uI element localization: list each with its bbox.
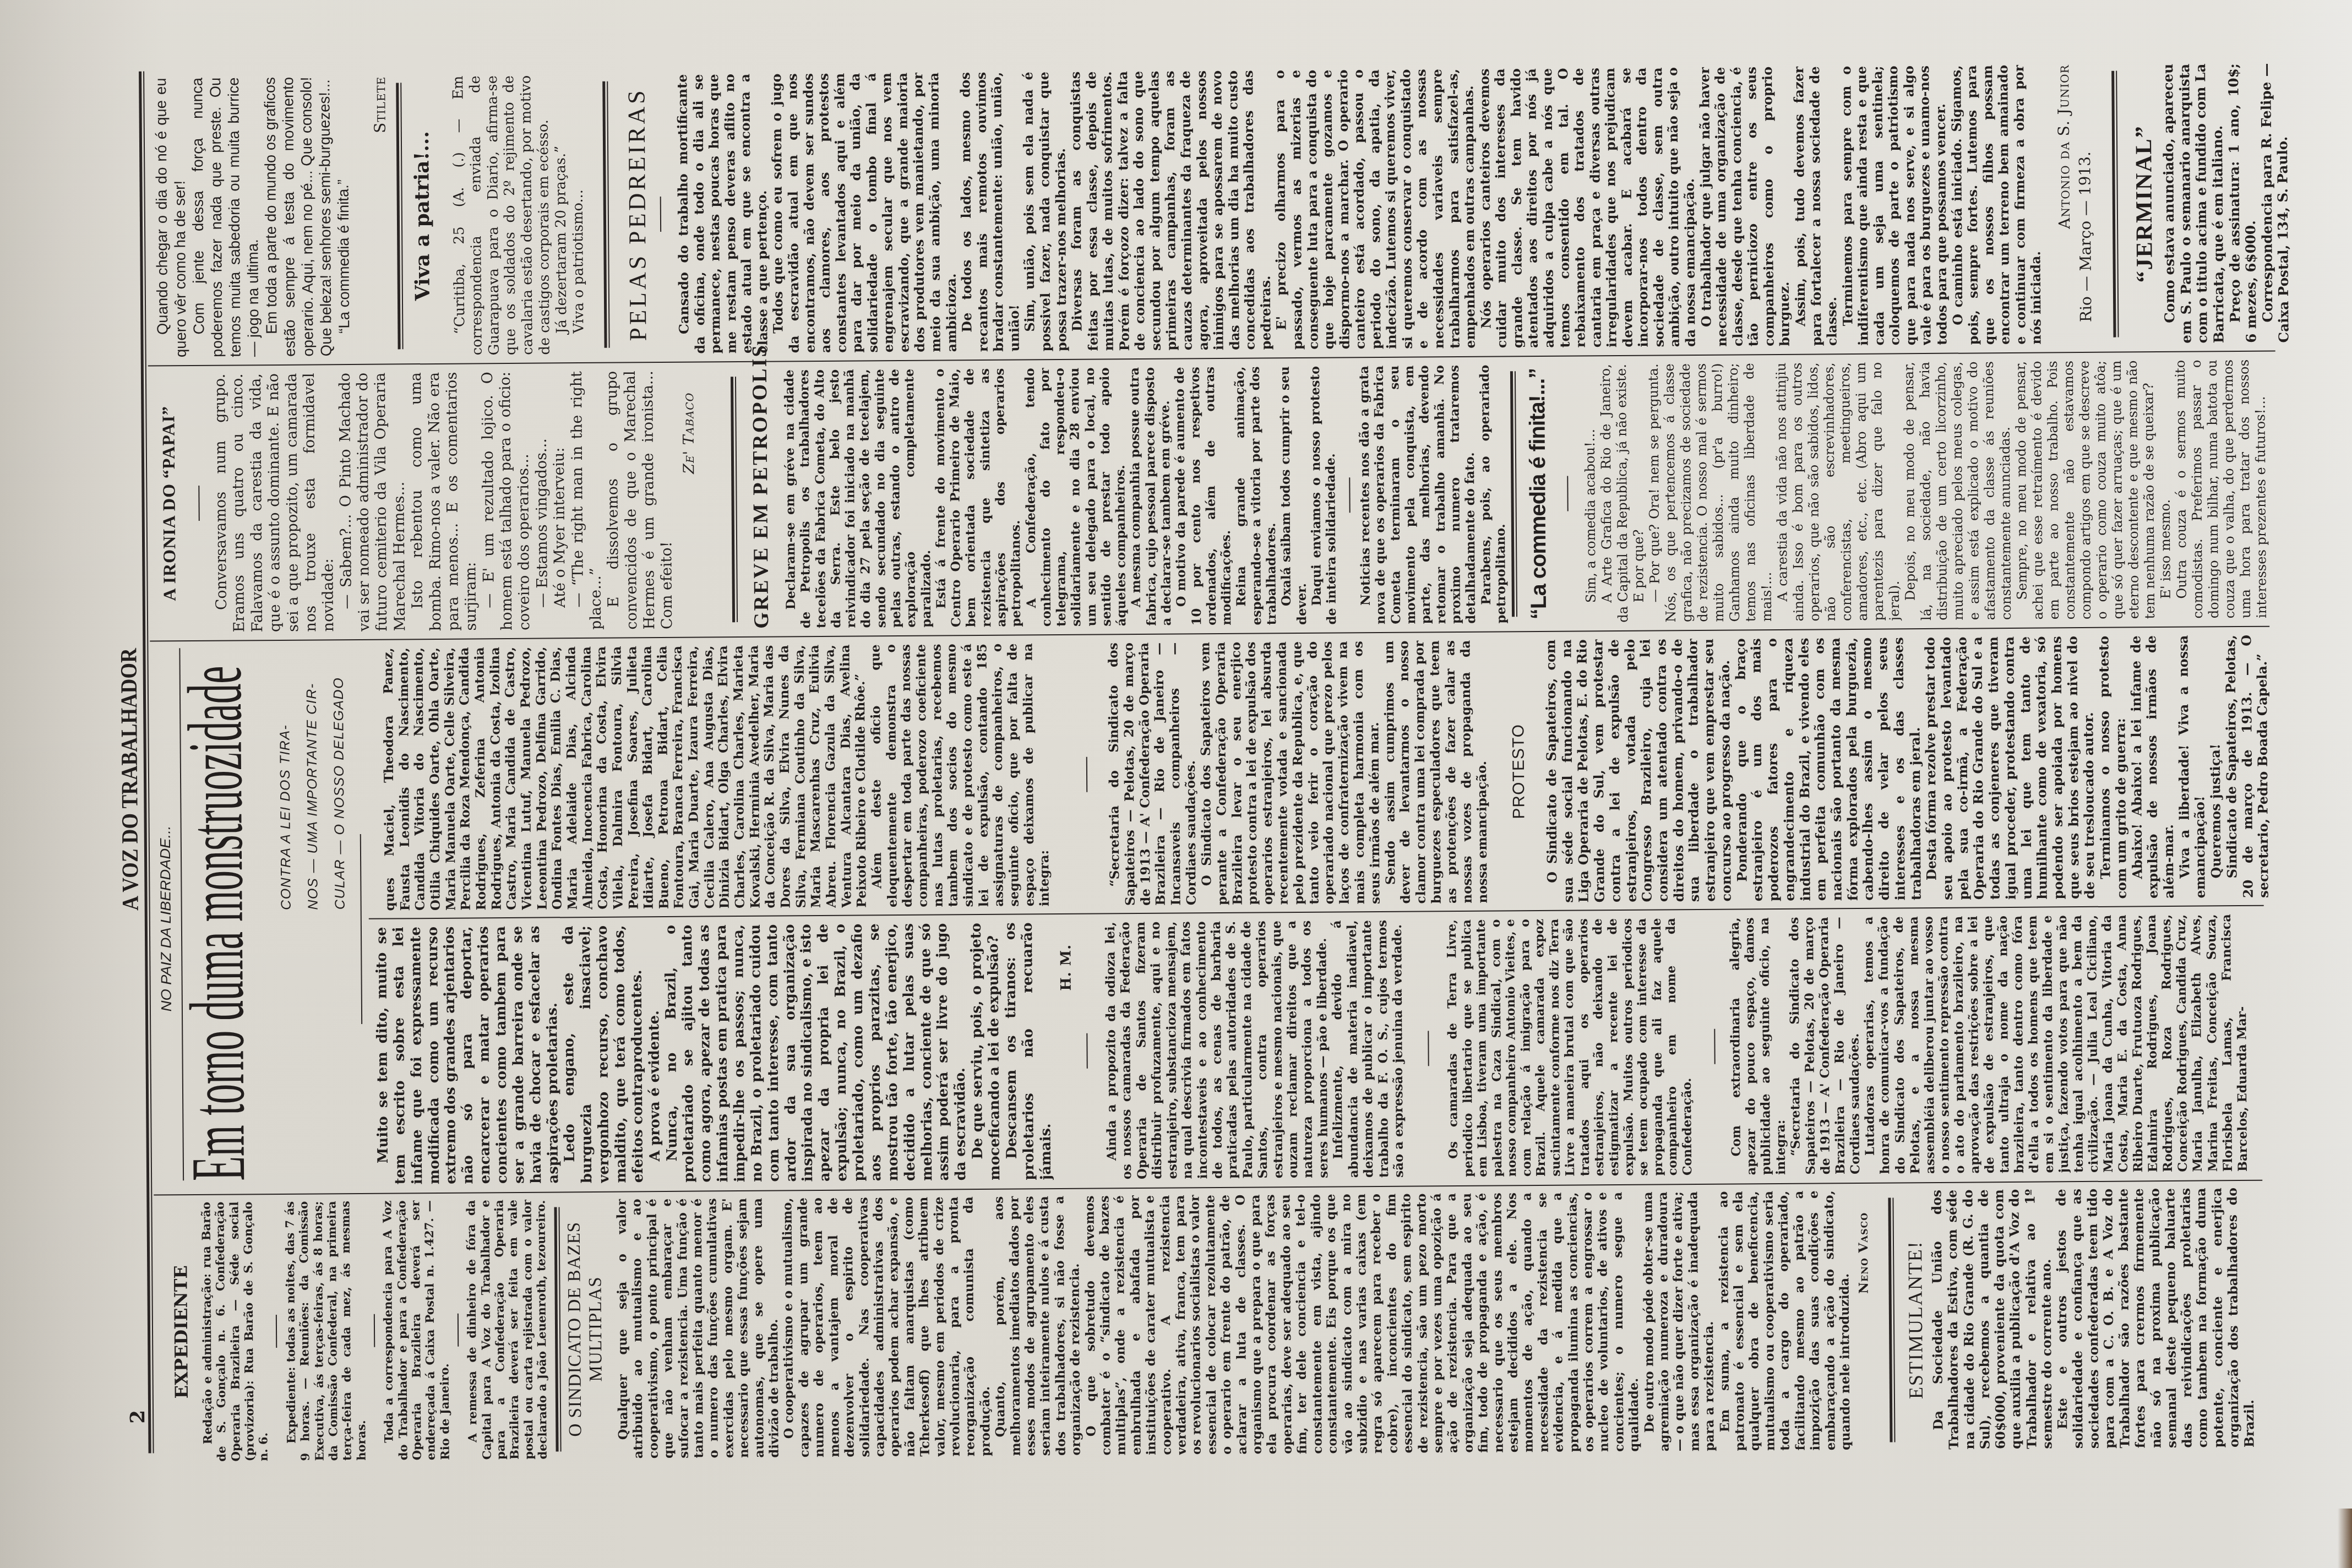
paragraph: “Secretaria do Sindicato dos Sapateiros … <box>1106 642 1199 906</box>
article-body: Qualquer que seja o valor atribuido ao m… <box>614 1190 1854 1459</box>
separator-rule <box>1567 476 1568 511</box>
paragraph: Depois, no meu modo de pensar, lá, na so… <box>1901 361 2015 620</box>
article-body: Muito se tem dito, muito se tem escrito … <box>373 922 1055 1185</box>
paragraph: Além deste oficio que eloquentemente dem… <box>868 643 1052 907</box>
paragraph: A remessa de dinheiro de fóra da Capital… <box>464 1200 549 1460</box>
article-monstruozidade-part2: Ainda a propozito da odioza lei, os noss… <box>1103 920 1419 1180</box>
expediente-body: Redação e administração: rua Barão de S.… <box>199 1200 548 1462</box>
paragraph: Muito se tem dito, muito se tem escrito … <box>373 925 562 1184</box>
paragraph: O motivo da parede é aumento de 10 por c… <box>1173 367 1234 626</box>
paragraph: Reina grande animação, esperando-se a vi… <box>1233 366 1280 625</box>
separator-rule <box>660 197 661 232</box>
paragraph: “Secretaria do Sindicato dos Sapateiros … <box>1787 917 1863 1175</box>
newspaper-page: 2 A VOZ DO TRABALHADOR EXPEDIENTE Redaçã… <box>108 39 2321 1485</box>
paragraph: E por que? <box>1630 364 1647 623</box>
double-rule <box>731 377 738 622</box>
paragraph: O trabalhador que julgar não haver neces… <box>1697 67 1793 347</box>
paragraph: Sendo assim cumprimos um dever de levant… <box>1381 640 1490 904</box>
paragraph: Toda a correspondencia para A Voz do Tra… <box>380 1200 452 1461</box>
separator-rule <box>1428 1031 1429 1066</box>
paragraph: Preço de assinatura: 1 ano, 10$; 6 mezes… <box>2225 63 2260 343</box>
paragraph: Todos que como eu sofrem o jugo da escra… <box>769 72 960 353</box>
paragraph: Sim, a comedia acabou!... <box>1582 364 1599 623</box>
kicker-text: NO PAIZ DA LIBERDADE... <box>157 826 175 1012</box>
paragraph: Descansem os tiranos: os proletarios não… <box>1002 922 1055 1180</box>
double-rule <box>554 1207 561 1451</box>
article-heading-pedreiras: PELAS PEDREIRAS <box>622 74 654 354</box>
paragraph: Sindicato de Sapateiros, Pelotas, 20 de … <box>2223 635 2271 899</box>
article-greve-update: Noticias recentes nos dão a grata nova d… <box>1357 364 1509 624</box>
article-monstruozidade-part1: Muito se tem dito, muito se tem escrito … <box>373 922 1082 1185</box>
paragraph: A mesma companhia possue outra fabrica, … <box>1128 367 1174 627</box>
signature: H. M. <box>1058 922 1076 1180</box>
dateline: Rio — Março — 1913. <box>2075 42 2096 344</box>
paragraph: O caminho está iniciado. Sigamos, pois, … <box>1948 65 2044 345</box>
deck: CONTRA A LEI DOS TIRA- NOS — UMA IMPORTA… <box>271 651 353 910</box>
deck-line: CONTRA A LEI DOS TIRA- <box>271 651 300 910</box>
expediente-heading: EXPEDIENTE <box>169 1202 193 1462</box>
paragraph: Da Sociedade União dos Trabalhadores da … <box>1929 1189 2055 1450</box>
masthead-title-text: A VOZ DO TRABALHADOR <box>117 648 143 911</box>
article-monstruozidade-part5: ques Maciel, Theodora Panez, Fausta Leon… <box>380 643 1063 911</box>
paragraph: Os camaradas de Terra Livre, periodico l… <box>1445 918 1694 1177</box>
article-heading-estimulante: ESTIMULANTE! <box>1902 1190 1928 1450</box>
double-rule <box>2111 71 2119 337</box>
article-body: Conversavamos num grupo. Eramos uns quat… <box>211 371 677 633</box>
paragraph: A carestia da vida não nos attinjiu aind… <box>1773 362 1903 622</box>
headline: Em torno duma monstruozidade <box>184 666 250 1181</box>
headline-text: Em torno duma monstruozidade <box>184 666 250 1181</box>
article-heading-sindicato: O SINDICATO DE BAZES MULTIPLAS <box>563 1199 610 1460</box>
paragraph: Com extraordinaria alegria, apezar do po… <box>1728 917 1789 1175</box>
article-heading-greve: GREVE EM PETROPOLIS <box>747 370 774 629</box>
paragraph: Ledo engano, este da burguezia insaciave… <box>560 925 647 1183</box>
paragraph: “Curitiba, 25 (A. (.) — Em correspondenc… <box>450 75 553 355</box>
paragraph: — Sabem?... O Pinto Machado vai ser nome… <box>336 372 410 631</box>
paragraph: — Por que? Ora! nem se pergunta. Nós, os… <box>1646 363 1775 623</box>
article-ironia: Conversavamos num grupo. Eramos uns quat… <box>211 370 717 632</box>
paragraph: Declaram-se em gréve na cidade de Petrop… <box>782 369 934 629</box>
paragraph: — “The right man in the right place...” <box>568 371 605 630</box>
paragraph: Isto rebentou como uma bomba. Rimo-nos a… <box>407 372 481 631</box>
article-monstruozidade-part3: Os camaradas de Terra Livre, periodico l… <box>1445 918 1694 1177</box>
paragraph: E dissolvemos o grupo convencidos de que… <box>603 371 677 630</box>
paragraph: Conversavamos num grupo. Eramos uns quat… <box>211 373 338 633</box>
article-commedia: Sim, a comedia acabou!...A Arte Grafica … <box>1582 360 2275 623</box>
paragraph: De todos os lados, mesmo dos recantos ma… <box>957 72 1022 352</box>
paragraph: Quanto, porém, aos melhoramentos imediat… <box>992 1196 1085 1456</box>
paragraph: O que sobretudo devemos combater é o “si… <box>1082 1192 1642 1456</box>
paragraph: Abaixo! Abaixo! a lei infame de expulsão… <box>2128 635 2177 899</box>
separator-rule <box>198 486 199 521</box>
paragraph: De outro modo póde obter-se uma agremiaç… <box>1641 1191 1718 1452</box>
separator-rule <box>1714 1029 1715 1064</box>
paragraph: Cansado do trabalho mortificante da ofic… <box>674 74 771 354</box>
short-rule <box>360 834 362 1024</box>
paragraph: A Confederação, tendo conhecimento do fa… <box>1022 367 1129 627</box>
separator-rule <box>1086 1033 1087 1069</box>
paragraph: O Sindicato dos Sapateiros vem perante a… <box>1197 641 1383 905</box>
paragraph: O Sindicato de Sapateiros, com sua séde … <box>1543 638 1734 902</box>
paragraph: Até o Myer interveiu: <box>550 371 570 630</box>
kicker: NO PAIZ DA LIBERDADE... <box>157 830 175 1016</box>
deck-line: NOS — UMA IMPORTANTE CIR- <box>298 651 326 910</box>
separator-rule <box>1086 757 1087 792</box>
paragraph: De que serviu, pois, o projeto mocefican… <box>968 923 1004 1180</box>
separator-rule <box>1349 477 1350 513</box>
paragraph: Terminamos o nosso protesto com um grito… <box>2096 635 2130 899</box>
article-jerminal: Como estava anunciado, apareceu em S. Pa… <box>2160 63 2301 344</box>
article-pedreiras: Cansado do trabalho mortificante da ofic… <box>674 65 2044 354</box>
paragraph: Em suma, a rezistencia ao patronato é es… <box>1716 1190 1854 1451</box>
paragraph: E' isso mesmo. <box>2157 360 2174 619</box>
paragraph: Noticias recentes nos dão a grata nova d… <box>1357 365 1479 625</box>
paragraph: Queremos justiça! <box>2207 635 2224 898</box>
paragraph: Quando chegar o dia do nó é que eu quero… <box>151 78 190 357</box>
paragraph: A Arte Grafica do Rio de Janeiro, da Cap… <box>1598 364 1631 623</box>
signature: Stilete <box>371 55 391 356</box>
paragraph: Terminemos para sempre com o indiferenti… <box>1838 66 1950 346</box>
article-monstruozidade-part6: “Secretaria do Sindicato dos Sapateiros … <box>1106 640 1499 906</box>
paragraph: O cooperativismo e o mutualismo, capazes… <box>781 1196 994 1458</box>
double-rule <box>1888 1197 1895 1442</box>
separator-rule <box>373 1314 374 1347</box>
article-heading-commedia: “La commedia é finita!...” <box>1523 364 1553 623</box>
paragraph: Assim, pois, tudo devemos fazer para for… <box>1791 66 1840 346</box>
paragraph: — E' um rezultado lojico. O homem está t… <box>479 372 534 631</box>
article-monstruozidade-part4: Com extraordinaria alegria, apezar do po… <box>1728 914 2263 1175</box>
paragraph: Em toda a parte do mundo os graficos est… <box>260 77 335 357</box>
signature: Ze' Tabaco <box>680 371 700 629</box>
article-heading-protesto: PROTESTO <box>1507 640 1530 903</box>
signature: Antonio da S. Junior <box>2054 42 2075 344</box>
paragraph: Nós operarios canteiros devemos cuidar m… <box>1477 67 1698 349</box>
article-protesto: O Sindicato de Sapateiros, com sua séde … <box>1543 635 2271 903</box>
paragraph: Oxalá saibam todos cumprir o seu dever. <box>1278 366 1310 625</box>
paragraph: Infelizmente, devido á abundancia de mat… <box>1330 920 1407 1178</box>
paragraph: Viva o patriotismo... <box>569 75 587 355</box>
paragraph: Lutadoras operarias, temos a honra de co… <box>1861 914 2250 1174</box>
paragraph: Nunca, no Brazil, o proletariado se ajit… <box>662 923 970 1183</box>
paragraph: Com jente dessa força nunca poderemos fa… <box>188 77 263 357</box>
paragraph: — Estamos vingados... <box>532 371 552 630</box>
paragraph: Desta fórma rezolve prestar todo seu apo… <box>1923 636 2098 900</box>
paragraph: E' precizo olharmos para o passado, verm… <box>1272 69 1478 350</box>
article-heading-jerminal: “JERMINAL” <box>2129 64 2160 344</box>
signature: Neno Vasco <box>1856 1190 1873 1450</box>
paragraph: Ponderando que o braço estranjeiro é um … <box>1733 637 1924 901</box>
article-sindicato: Qualquer que seja o valor atribuido ao m… <box>614 1190 1872 1459</box>
paragraph: Correspondencia para R. Felipe — Caixa P… <box>2258 63 2293 342</box>
article-heading-viva-patria: Viva a patria!... <box>409 76 435 356</box>
paragraph: Este e outros jestos de solidariedade e … <box>2053 1188 2256 1449</box>
separator-rule <box>457 1314 458 1347</box>
separator-rule <box>276 1315 277 1348</box>
paragraph: Já dezertaram 20 praças.” <box>552 75 570 355</box>
double-rule <box>1510 371 1517 617</box>
paragraph: Ainda a propozito da odioza lei, os noss… <box>1103 921 1332 1180</box>
paragraph: Sempre, no meu modo de pensar, achei que… <box>2013 360 2158 620</box>
paragraph: A prova é evidente. <box>645 925 664 1183</box>
article-estimulante: Da Sociedade União dos Trabalhadores da … <box>1929 1188 2256 1450</box>
paragraph: Viva a liberdade! Viva a nossa emancipaç… <box>2175 635 2209 898</box>
paragraph: Diversas foram as conquistas feitas por … <box>1068 70 1274 351</box>
paragraph: ques Maciel, Theodora Panez, Fausta Leon… <box>380 644 869 911</box>
masthead-title: A VOZ DO TRABALHADOR <box>117 648 143 911</box>
paragraph: Está á frente do movimento o Centro Oper… <box>933 368 1025 627</box>
double-rule <box>396 83 403 349</box>
article-commedia-continuation: Quando chegar o dia do nó é que eu quero… <box>151 77 366 358</box>
paragraph: Daqui enviamos o nosso protesto de intei… <box>1308 366 1340 624</box>
paragraph: Expediente: todas as noites, das 7 ás 9 … <box>282 1201 368 1461</box>
page-number: 2 <box>126 1410 150 1424</box>
paragraph: Parabens, pois, ao operariado petropolit… <box>1478 364 1509 623</box>
paragraph: “La commedia é finita.” <box>334 77 354 356</box>
double-rule <box>602 81 609 348</box>
article-heading-ironia: A IRONIA DO “PAPAI” <box>156 374 182 633</box>
deck-line: CULAR — O NOSSO DELEGADO <box>325 651 353 910</box>
paragraph: Sim, união, pois sem ela nada é possivel… <box>1020 72 1069 352</box>
paragraph: Qualquer que seja o valor atribuido ao m… <box>614 1198 782 1459</box>
paragraph: Redação e administração: rua Barão de S.… <box>199 1201 270 1462</box>
article-viva-patria: “Curitiba, 25 (A. (.) — Em correspondenc… <box>450 75 596 356</box>
article-greve: Declaram-se em gréve na cidade de Petrop… <box>782 366 1341 628</box>
paragraph: Como estava anunciado, apareceu em S. Pa… <box>2160 63 2227 344</box>
paragraph: Outra couza é o sermos muito comodistas.… <box>2173 360 2270 619</box>
binding-edge <box>2338 1509 2352 1568</box>
